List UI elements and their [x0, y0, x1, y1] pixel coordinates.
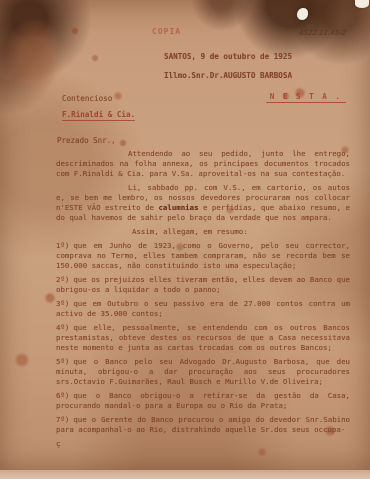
allegation-item-7: 7º)que o Gerente do Banco procurou o ami…: [56, 415, 350, 435]
item-number: 2º): [56, 275, 69, 284]
scan-background-strip: [0, 470, 370, 479]
allegation-item-2: 2º)que os prejuizos elles tiveram então,…: [56, 275, 350, 295]
item-number: 1º): [56, 241, 69, 250]
item-text: que os prejuizos elles tiveram então, el…: [56, 275, 350, 294]
addressee-line: Illmo.Snr.Dr.AUGUSTO BARBOSA: [164, 71, 292, 80]
allegation-item-6: 6º)que o Banco obrigou-o a retirar-se da…: [56, 391, 350, 411]
item-text: que o Banco pelo seu Advogado Dr.Augusto…: [56, 357, 350, 386]
item-number: 7º): [56, 415, 69, 424]
allegation-item-1: 1º)que em Junho de 1923, como o Governo,…: [56, 241, 350, 271]
item-text: que o Gerente do Banco procurou o amigo …: [56, 415, 350, 434]
nesta-stamp: N E S T A .: [266, 92, 346, 103]
paper-sheet: COPIA 4522.11.45-2 SANTOS, 9 de outubro …: [0, 0, 370, 470]
allegation-item-4: 4º)que elle, pessoalmente, se entendendo…: [56, 323, 350, 353]
date-line: SANTOS, 9 de outubro de 1925: [164, 52, 292, 61]
torn-spot: [297, 8, 308, 20]
item-number: 3º): [56, 299, 69, 308]
item-text: que em Outubro o seu passivo era de 27.0…: [56, 299, 350, 318]
paragraph-1: Attendendo ao seu pedido, junto lhe entr…: [56, 149, 350, 179]
allegation-item-3: 3º)que em Outubro o seu passivo era de 2…: [56, 299, 350, 319]
scanned-letter-screenshot: { "colors": { "paper": "#c79d7d", "ink":…: [0, 0, 370, 479]
torn-spot: [355, 0, 369, 8]
allegation-item-5: 5º)que o Banco pelo seu Advogado Dr.Augu…: [56, 357, 350, 387]
item-number: 5º): [56, 357, 69, 366]
paragraph-2: Li, sabbado pp. com V.S., em cartorio, o…: [56, 183, 350, 223]
department-label: Contencioso: [62, 94, 112, 103]
item-number: 6º): [56, 391, 69, 400]
item-text: que o Banco obrigou-o a retirar-se da ge…: [56, 391, 350, 410]
copy-stamp: COPIA: [152, 27, 181, 36]
salutation: Prezado Snr.,: [57, 136, 116, 145]
item-text: que elle, pessoalmente, se entendendo co…: [56, 323, 350, 352]
item-text: que em Junho de 1923, como o Governo, pe…: [56, 241, 350, 270]
page-cutoff-char: ç: [56, 439, 350, 449]
allegations-intro: Assim, allegam, em resumo:: [132, 227, 350, 237]
letter-body: Attendendo ao seu pedido, junto lhe entr…: [56, 149, 350, 449]
client-name: F.Rinaldi & Cia.: [62, 110, 135, 121]
reference-number-handwritten: 4522.11.45-2: [298, 29, 346, 37]
item-number: 4º): [56, 323, 69, 332]
paragraph-2-emphasis: calumnias: [158, 203, 198, 212]
